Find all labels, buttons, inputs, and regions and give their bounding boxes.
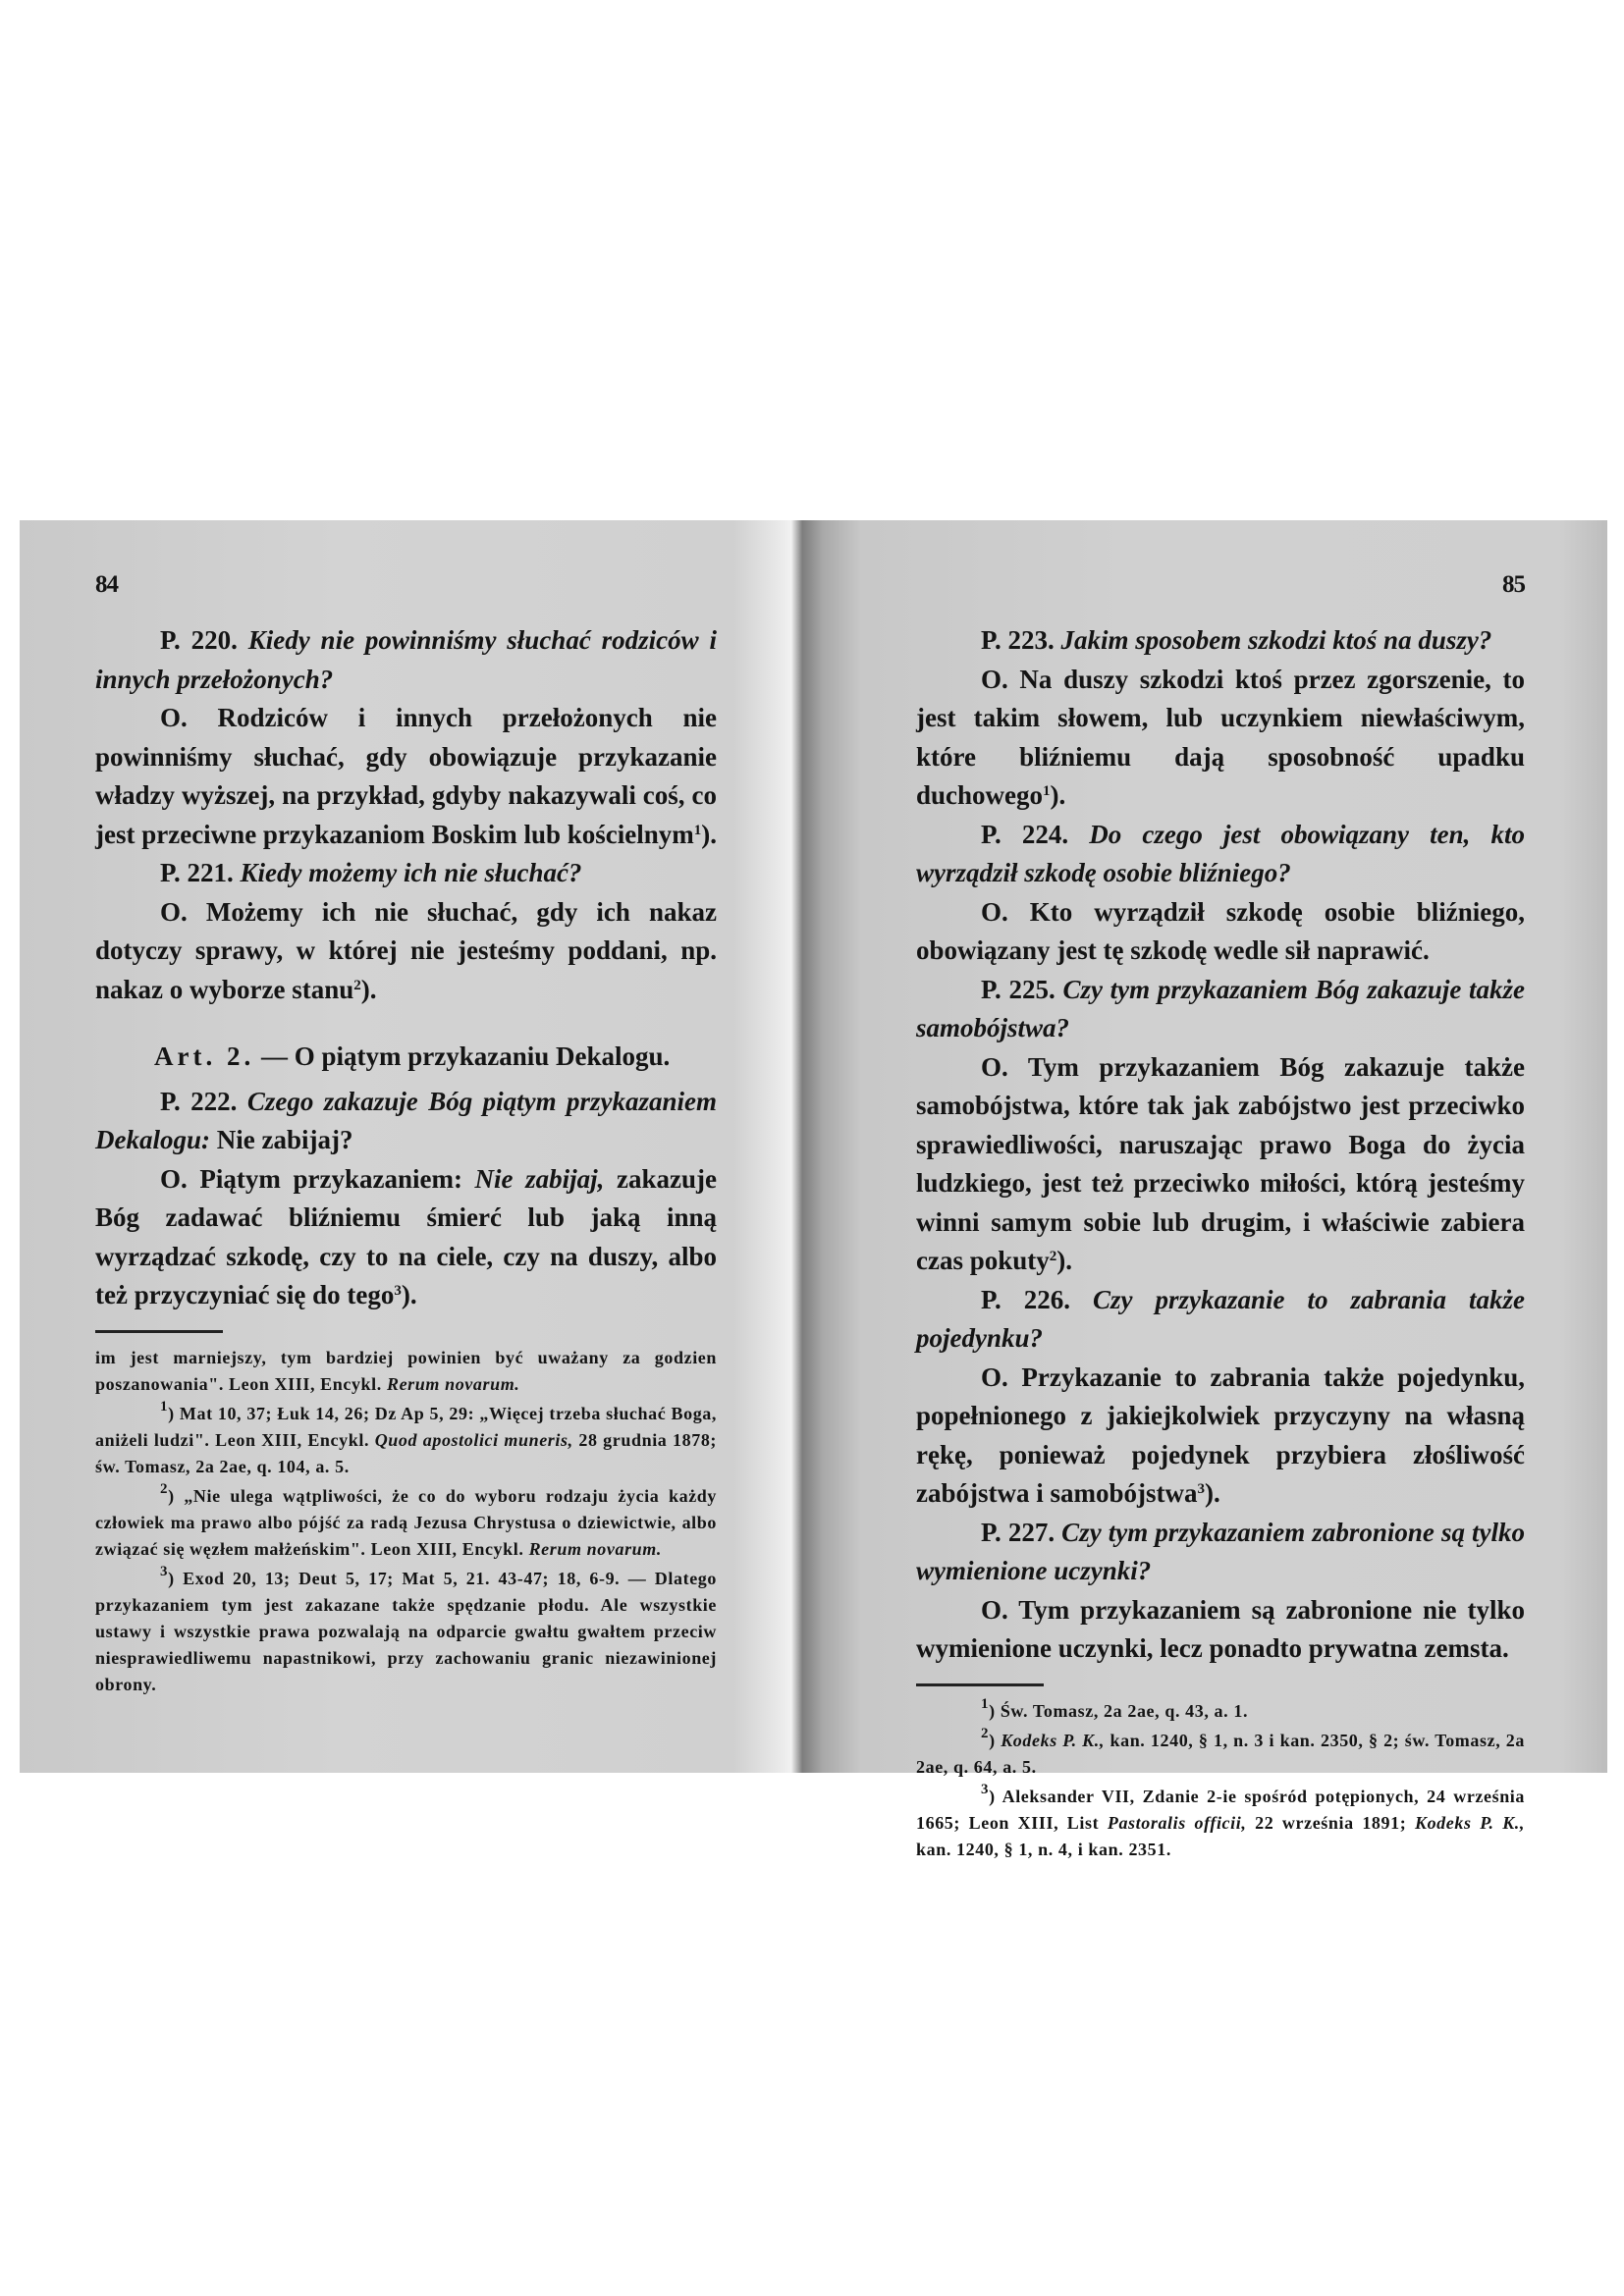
question-224: P. 224. Do czego jest obowiązany ten, kt… <box>916 816 1525 893</box>
footnote-continued: im jest marniejszy, tym bardziej powinie… <box>95 1345 717 1398</box>
footnotes: im jest marniejszy, tym bardziej powinie… <box>95 1345 717 1698</box>
answer-220: O. Rodziców i innych przełożonych nie po… <box>95 699 717 854</box>
article-heading: Art. 2. — O piątym przykazaniu Dekalogu. <box>95 1038 717 1077</box>
book-scan: 84 P. 220. Kiedy nie powinniśmy słuchać … <box>20 520 1607 1773</box>
question-225: P. 225. Czy tym przykazaniem Bóg zakazuj… <box>916 971 1525 1048</box>
question-221: P. 221. Kiedy możemy ich nie słuchać? <box>95 854 717 893</box>
question-220: P. 220. Kiedy nie powinniśmy słuchać rod… <box>95 621 717 699</box>
footnote-2: 2) „Nie ulega wątpliwości, że co do wybo… <box>95 1483 717 1563</box>
answer-226: O. Przykazanie to zabrania także pojedyn… <box>916 1359 1525 1514</box>
answer-223: O. Na duszy szkodzi ktoś przez zgorszeni… <box>916 661 1525 816</box>
page-number: 85 <box>1502 571 1525 599</box>
footnotes: 1) Św. Tomasz, 2a 2ae, q. 43, a. 1. 2) K… <box>916 1698 1525 1863</box>
footnote-3: 3) Aleksander VII, Zdanie 2-ie spośród p… <box>916 1784 1525 1863</box>
footnote-rule <box>95 1330 223 1333</box>
page-number: 84 <box>95 571 118 599</box>
question-226: P. 226. Czy przykazanie to zabrania takż… <box>916 1281 1525 1359</box>
question-222: P. 222. Czego zakazuje Bóg piątym przyka… <box>95 1083 717 1160</box>
footnote-2: 2) Kodeks P. K., kan. 1240, § 1, n. 3 i … <box>916 1728 1525 1781</box>
footnote-rule <box>916 1683 1044 1686</box>
footnote-1: 1) Mat 10, 37; Łuk 14, 26; Dz Ap 5, 29: … <box>95 1401 717 1480</box>
answer-225: O. Tym przykazaniem Bóg zakazuje także s… <box>916 1048 1525 1281</box>
answer-222: O. Piątym przykazaniem: Nie zabijaj, zak… <box>95 1160 717 1315</box>
footnote-3: 3) Exod 20, 13; Deut 5, 17; Mat 5, 21. 4… <box>95 1566 717 1698</box>
page-body: P. 223. Jakim sposobem szkodzi ktoś na d… <box>916 621 1525 1866</box>
answer-221: O. Możemy ich nie słuchać, gdy ich nakaz… <box>95 893 717 1010</box>
question-227: P. 227. Czy tym przykazaniem zabronione … <box>916 1514 1525 1591</box>
answer-227: O. Tym przykazaniem są zabronione nie ty… <box>916 1591 1525 1669</box>
answer-224: O. Kto wyrządził szkodę osobie bliźniego… <box>916 893 1525 971</box>
footnote-1: 1) Św. Tomasz, 2a 2ae, q. 43, a. 1. <box>916 1698 1525 1725</box>
question-223: P. 223. Jakim sposobem szkodzi ktoś na d… <box>916 621 1525 661</box>
page-body: P. 220. Kiedy nie powinniśmy słuchać rod… <box>95 621 717 1701</box>
